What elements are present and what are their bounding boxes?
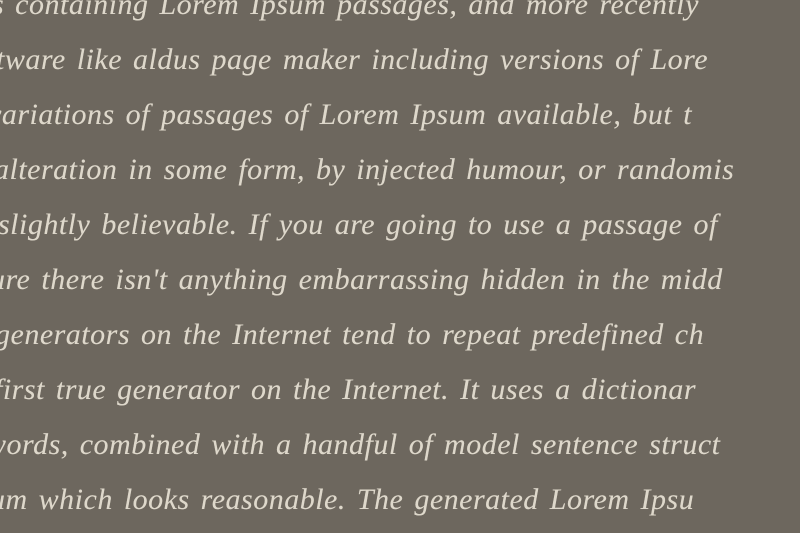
font-specimen-background: s containing Lorem Ipsum passages, and m… bbox=[0, 0, 800, 533]
script-text-line: slightly believable. If you are going to… bbox=[0, 208, 718, 242]
script-text-line: variations of passages of Lorem Ipsum av… bbox=[0, 98, 692, 132]
script-text-line: first true generator on the Internet. It… bbox=[0, 373, 696, 407]
script-text-line: alteration in some form, by injected hum… bbox=[0, 153, 734, 187]
script-text-line: s containing Lorem Ipsum passages, and m… bbox=[0, 0, 699, 22]
script-text-line: words, combined with a handful of model … bbox=[0, 428, 720, 462]
script-text-line: tware like aldus page maker including ve… bbox=[0, 43, 708, 77]
script-text-line: um which looks reasonable. The generated… bbox=[0, 483, 694, 517]
script-text-line: generators on the Internet tend to repea… bbox=[0, 318, 704, 352]
script-text-line: ure there isn't anything embarrassing hi… bbox=[0, 263, 723, 297]
